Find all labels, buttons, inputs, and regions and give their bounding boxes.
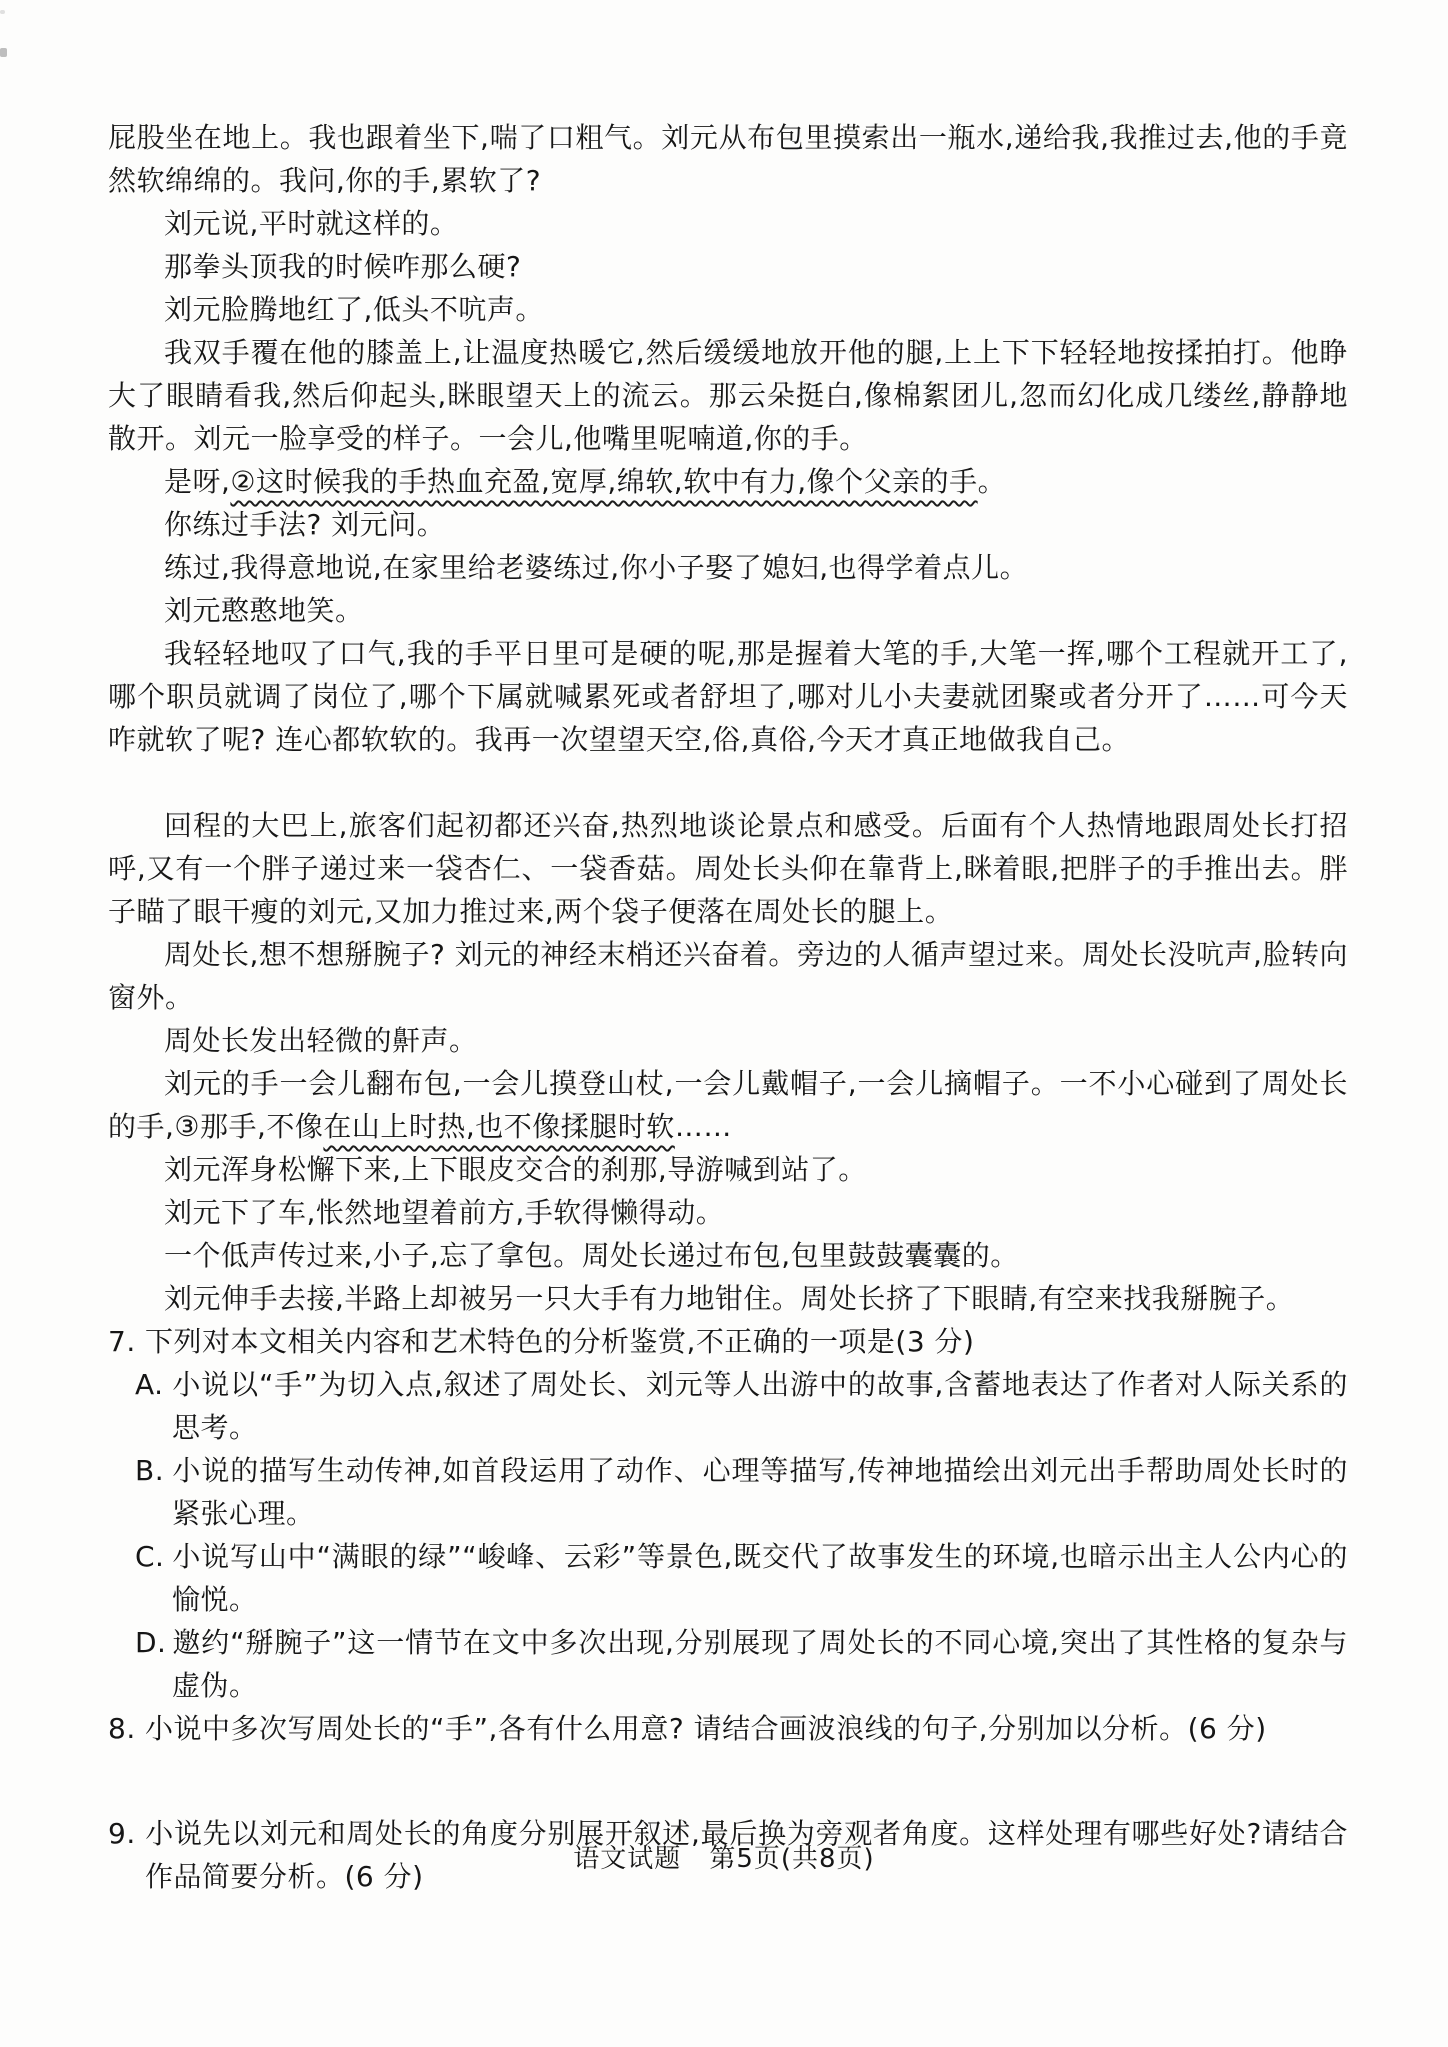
passage-paragraph: 是呀,②这时候我的手热血充盈,宽厚,绵软,软中有力,像个父亲的手。	[108, 460, 1348, 503]
text-run: 一个低声传过来,小子,忘了拿包。周处长递过布包,包里鼓鼓囊囊的。	[164, 1239, 1019, 1272]
text-run: 练过,我得意地说,在家里给老婆练过,你小子娶了媳妇,也得学着点儿。	[164, 551, 1028, 584]
passage-paragraph: 回程的大巴上,旅客们起初都还兴奋,热烈地谈论景点和感受。后面有个人热情地跟周处长…	[108, 804, 1348, 933]
wavy-underlined-sentence: ②这时候我的手热血充盈,宽厚,绵软,软中有力,像个父亲的手	[230, 465, 977, 498]
question-8: 8.小说中多次写周处长的“手”,各有什么用意? 请结合画波浪线的句子,分别加以分…	[108, 1707, 1348, 1750]
question-number: 8.	[108, 1707, 145, 1750]
text-run: 。	[978, 465, 1007, 498]
footer-page-number: 第5页(共8页)	[709, 1844, 874, 1874]
text-run: 周处长发出轻微的鼾声。	[164, 1024, 478, 1057]
text-run: 刘元说,平时就这样的。	[164, 207, 458, 240]
text-run: 刘元下了车,怅然地望着前方,手软得懒得动。	[164, 1196, 724, 1229]
questions-section: 7.下列对本文相关内容和艺术特色的分析鉴赏,不正确的一项是(3 分)A.小说以“…	[108, 1320, 1348, 1898]
option-label: D.	[135, 1621, 172, 1664]
page-footer: 语文试题第5页(共8页)	[0, 1838, 1448, 1875]
footer-paper-title: 语文试题	[573, 1844, 681, 1874]
text-run: 屁股坐在地上。我也跟着坐下,喘了口粗气。刘元从布包里摸索出一瓶水,递给我,我推过…	[108, 121, 1348, 197]
passage-paragraph: 周处长发出轻微的鼾声。	[108, 1019, 1348, 1062]
passage-paragraph: 刘元下了车,怅然地望着前方,手软得懒得动。	[108, 1191, 1348, 1234]
question-stem: 7.下列对本文相关内容和艺术特色的分析鉴赏,不正确的一项是(3 分)	[108, 1320, 1348, 1363]
text-run: 刘元浑身松懈下来,上下眼皮交合的刹那,导游喊到站了。	[164, 1153, 867, 1186]
text-run: 刘元脸腾地红了,低头不吭声。	[164, 293, 544, 326]
passage-paragraph: 刘元浑身松懈下来,上下眼皮交合的刹那,导游喊到站了。	[108, 1148, 1348, 1191]
option-text: 小说的描写生动传神,如首段运用了动作、心理等描写,传神地描绘出刘元出手帮助周处长…	[172, 1454, 1348, 1530]
page-content: 屁股坐在地上。我也跟着坐下,喘了口粗气。刘元从布包里摸索出一瓶水,递给我,我推过…	[108, 116, 1348, 1898]
passage-paragraph: 刘元说,平时就这样的。	[108, 202, 1348, 245]
text-run: 回程的大巴上,旅客们起初都还兴奋,热烈地谈论景点和感受。后面有个人热情地跟周处长…	[108, 809, 1348, 928]
wavy-underlined-sentence: 在山上时热,也不像揉腿时软	[323, 1110, 674, 1143]
reading-passage: 屁股坐在地上。我也跟着坐下,喘了口粗气。刘元从布包里摸索出一瓶水,递给我,我推过…	[108, 116, 1348, 1320]
option-text: 邀约“掰腕子”这一情节在文中多次出现,分别展现了周处长的不同心境,突出了其性格的…	[172, 1626, 1348, 1702]
text-run: 你练过手法? 刘元问。	[164, 508, 445, 541]
text-run: 刘元憨憨地笑。	[164, 594, 364, 627]
text-run: 我轻轻地叹了口气,我的手平日里可是硬的呢,那是握着大笔的手,大笔一挥,哪个工程就…	[108, 637, 1348, 756]
text-run: ……	[675, 1110, 732, 1143]
option-D: D.邀约“掰腕子”这一情节在文中多次出现,分别展现了周处长的不同心境,突出了其性…	[108, 1621, 1348, 1707]
option-B: B.小说的描写生动传神,如首段运用了动作、心理等描写,传神地描绘出刘元出手帮助周…	[108, 1449, 1348, 1535]
question-7: 7.下列对本文相关内容和艺术特色的分析鉴赏,不正确的一项是(3 分)A.小说以“…	[108, 1320, 1348, 1707]
passage-paragraph: 练过,我得意地说,在家里给老婆练过,你小子娶了媳妇,也得学着点儿。	[108, 546, 1348, 589]
passage-paragraph: 屁股坐在地上。我也跟着坐下,喘了口粗气。刘元从布包里摸索出一瓶水,递给我,我推过…	[108, 116, 1348, 202]
passage-paragraph: 刘元的手一会儿翻布包,一会儿摸登山杖,一会儿戴帽子,一会儿摘帽子。一不小心碰到了…	[108, 1062, 1348, 1148]
passage-paragraph: 刘元脸腾地红了,低头不吭声。	[108, 288, 1348, 331]
passage-paragraph: 那拳头顶我的时候咋那么硬?	[108, 245, 1348, 288]
text-run: 刘元伸手去接,半路上却被另一只大手有力地钳住。周处长挤了下眼睛,有空来找我掰腕子…	[164, 1282, 1294, 1315]
option-text: 小说写山中“满眼的绿”“峻峰、云彩”等景色,既交代了故事发生的环境,也暗示出主人…	[172, 1540, 1348, 1616]
scan-artifact	[0, 10, 5, 14]
passage-paragraph: 你练过手法? 刘元问。	[108, 503, 1348, 546]
passage-paragraph: 我双手覆在他的膝盖上,让温度热暖它,然后缓缓地放开他的腿,上上下下轻轻地按揉拍打…	[108, 331, 1348, 460]
question-stem: 8.小说中多次写周处长的“手”,各有什么用意? 请结合画波浪线的句子,分别加以分…	[108, 1707, 1348, 1750]
passage-paragraph: 周处长,想不想掰腕子? 刘元的神经末梢还兴奋着。旁边的人循声望过来。周处长没吭声…	[108, 933, 1348, 1019]
passage-paragraph: 刘元伸手去接,半路上却被另一只大手有力地钳住。周处长挤了下眼睛,有空来找我掰腕子…	[108, 1277, 1348, 1320]
question-text: 小说中多次写周处长的“手”,各有什么用意? 请结合画波浪线的句子,分别加以分析。…	[145, 1712, 1267, 1745]
text-run: 那拳头顶我的时候咋那么硬?	[164, 250, 521, 283]
text-run: 周处长,想不想掰腕子? 刘元的神经末梢还兴奋着。旁边的人循声望过来。周处长没吭声…	[108, 938, 1348, 1014]
text-run: 是呀,	[164, 465, 230, 498]
exam-page: 屁股坐在地上。我也跟着坐下,喘了口粗气。刘元从布包里摸索出一瓶水,递给我,我推过…	[0, 0, 1448, 2047]
question-text: 下列对本文相关内容和艺术特色的分析鉴赏,不正确的一项是(3 分)	[145, 1325, 974, 1358]
option-label: A.	[135, 1363, 172, 1406]
option-text: 小说以“手”为切入点,叙述了周处长、刘元等人出游中的故事,含蓄地表达了作者对人际…	[172, 1368, 1348, 1444]
option-label: C.	[135, 1535, 172, 1578]
passage-paragraph: 我轻轻地叹了口气,我的手平日里可是硬的呢,那是握着大笔的手,大笔一挥,哪个工程就…	[108, 632, 1348, 761]
option-label: B.	[135, 1449, 172, 1492]
text-run: 我双手覆在他的膝盖上,让温度热暖它,然后缓缓地放开他的腿,上上下下轻轻地按揉拍打…	[108, 336, 1348, 455]
question-number: 7.	[108, 1320, 145, 1363]
option-A: A.小说以“手”为切入点,叙述了周处长、刘元等人出游中的故事,含蓄地表达了作者对…	[108, 1363, 1348, 1449]
scan-artifact	[0, 48, 7, 57]
passage-paragraph: 一个低声传过来,小子,忘了拿包。周处长递过布包,包里鼓鼓囊囊的。	[108, 1234, 1348, 1277]
passage-paragraph: 刘元憨憨地笑。	[108, 589, 1348, 632]
option-C: C.小说写山中“满眼的绿”“峻峰、云彩”等景色,既交代了故事发生的环境,也暗示出…	[108, 1535, 1348, 1621]
